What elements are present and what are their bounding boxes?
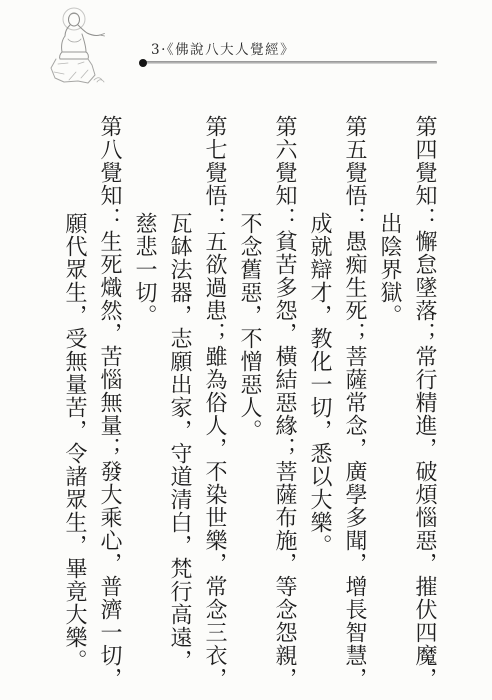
sutra-column-5th-realization: 第五覺悟：愚痴生死；菩薩常念，廣學多聞，增長智慧，	[337, 115, 372, 697]
sutra-column-8th-realization: 第八覺知：生死熾然，苦惱無量；發大乘心，普濟一切，	[92, 115, 127, 697]
scanned-book-page: 3·《佛說八大人覺經》 第四覺知：懈怠墜落；常行精進，破煩惱惡，摧伏四魔， 出陰…	[0, 0, 492, 700]
sutra-column-4th-realization: 第四覺知：懈怠墜落；常行精進，破煩惱惡，摧伏四魔，	[407, 115, 442, 697]
sutra-column-6th-continuation: 不念舊惡，不憎惡人。	[232, 212, 267, 697]
sutra-column-6th-realization: 第六覺知：貧苦多怨，橫結惡緣；菩薩布施，等念怨親，	[267, 115, 302, 697]
sutra-column-7th-continuation-1: 瓦缽法器，志願出家，守道清白，梵行高遠，	[162, 212, 197, 697]
sutra-column-8th-continuation: 願代眾生，受無量苦，令諸眾生，畢竟大樂。	[57, 212, 92, 697]
buddha-illustration-icon	[34, 2, 126, 88]
sutra-column-7th-realization: 第七覺悟：五欲過患；雖為俗人，不染世樂，常念三衣，	[197, 115, 232, 697]
header-rule	[142, 61, 437, 64]
running-head-title: 3·《佛說八大人覺經》	[151, 38, 295, 58]
sutra-text-block: 第四覺知：懈怠墜落；常行精進，破煩惱惡，摧伏四魔， 出陰界獄。 第五覺悟：愚痴生…	[57, 115, 442, 697]
sutra-column-7th-continuation-2: 慈悲一切。	[127, 212, 162, 697]
sutra-column-4th-continuation: 出陰界獄。	[372, 212, 407, 697]
sutra-column-5th-continuation: 成就辯才，教化一切，悉以大樂。	[302, 212, 337, 697]
rule-dot-icon	[139, 59, 147, 67]
